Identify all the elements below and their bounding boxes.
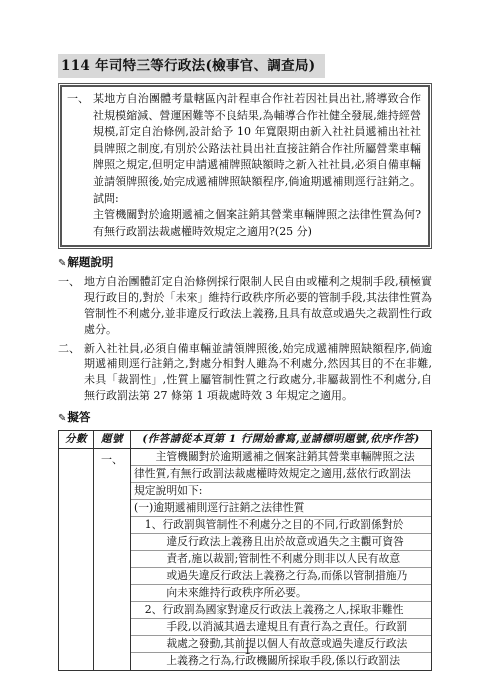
- answer-line: 2、行政罰為國家對違反行政法上義務之人,採取非難性: [131, 602, 431, 619]
- answer-instruction-header: (作答請從本頁第 1 行開始書寫,並請標明題號,依序作答): [131, 430, 432, 448]
- question-body: 某地方自治團體考量轄區內計程車合作社若因社員出社,將導致合作社規模縮減、營運困難…: [93, 91, 421, 207]
- question-no-column-header: 題號: [94, 430, 131, 448]
- answer-table: 分數 題號 (作答請從本頁第 1 行開始書寫,並請標明題號,依序作答) 一、 主…: [58, 430, 432, 671]
- answer-heading-label: 擬答: [67, 410, 90, 424]
- explanation-item-text: 地方自治團體訂定自治條例採行限制人民自由或權利之規制手段,積極實現行政目的,對於…: [84, 274, 432, 337]
- pencil-icon: ✎: [58, 413, 66, 424]
- question-no-cell: 一、: [94, 448, 131, 670]
- answer-line: 律性質,有無行政罰法裁處權時效規定之適用,茲依行政罰法: [131, 466, 431, 483]
- answer-line: 或過失違反行政法上義務之行為,而係以管制措施乃: [131, 568, 431, 585]
- explanation-item: 二、 新入社社員,必須自備車輛並請領牌照後,始完成遞補牌照缺額程序,倘逾期遞補則…: [58, 341, 432, 404]
- score-cell: [59, 448, 94, 670]
- explanation-item-number: 一、: [58, 274, 84, 337]
- question-number: 一、: [67, 91, 93, 207]
- explanation-item-text: 新入社社員,必須自備車輛並請領牌照後,始完成遞補牌照缺額程序,倘逾期遞補則逕行註…: [84, 341, 432, 404]
- explanation-item-number: 二、: [58, 341, 84, 404]
- question-prompt: 主管機關對於逾期遞補之個案註銷其營業車輛牌照之法律性質為何?有無行政罰法裁處權時…: [93, 207, 421, 240]
- answer-heading: ✎擬答: [58, 410, 432, 426]
- answer-content-cell: 主管機關對於逾期遞補之個案註銷其營業車輛牌照之法 律性質,有無行政罰法裁處權時效…: [131, 448, 432, 670]
- answer-line: 手段,以消滅其過去違規且有責行為之責任。行政罰: [131, 619, 431, 636]
- answer-line: 違反行政法上義務且出於故意或過失之主觀可資咎: [131, 534, 431, 551]
- question-box-inner: 一、 某地方自治團體考量轄區內計程車合作社若因社員出社,將導致合作社規模縮減、營…: [60, 85, 430, 247]
- page-number: 1: [0, 646, 495, 657]
- explanation-heading-label: 解題說明: [67, 255, 113, 269]
- explanation-item: 一、 地方自治團體訂定自治條例採行限制人民自由或權利之規制手段,積極實現行政目的…: [58, 274, 432, 337]
- document-page: 114 年司特三等行政法(檢事官、調查局) 一、 某地方自治團體考量轄區內計程車…: [0, 0, 495, 700]
- answer-line: (一)逾期遞補則逕行註銷之法律性質: [131, 500, 431, 517]
- answer-table-body-row: 一、 主管機關對於逾期遞補之個案註銷其營業車輛牌照之法 律性質,有無行政罰法裁處…: [59, 448, 432, 670]
- explanation-heading: ✎解題說明: [58, 255, 432, 271]
- pencil-icon: ✎: [58, 258, 66, 269]
- answer-line: 責者,施以裁罰;管制性不利處分則非以人民有故意: [131, 551, 431, 568]
- answer-table-header-row: 分數 題號 (作答請從本頁第 1 行開始書寫,並請標明題號,依序作答): [59, 430, 432, 448]
- answer-line: 規定說明如下:: [131, 483, 431, 500]
- answer-line: 主管機關對於逾期遞補之個案註銷其營業車輛牌照之法: [131, 449, 431, 466]
- question-box: 一、 某地方自治團體考量轄區內計程車合作社若因社員出社,將導致合作社規模縮減、營…: [58, 83, 432, 249]
- page-title: 114 年司特三等行政法(檢事官、調查局): [58, 54, 325, 78]
- answer-line: 1、行政罰與管制性不利處分之目的不同,行政罰係對於: [131, 517, 431, 534]
- answer-line: 向未來維持行政秩序所必要。: [131, 585, 431, 602]
- score-column-header: 分數: [59, 430, 94, 448]
